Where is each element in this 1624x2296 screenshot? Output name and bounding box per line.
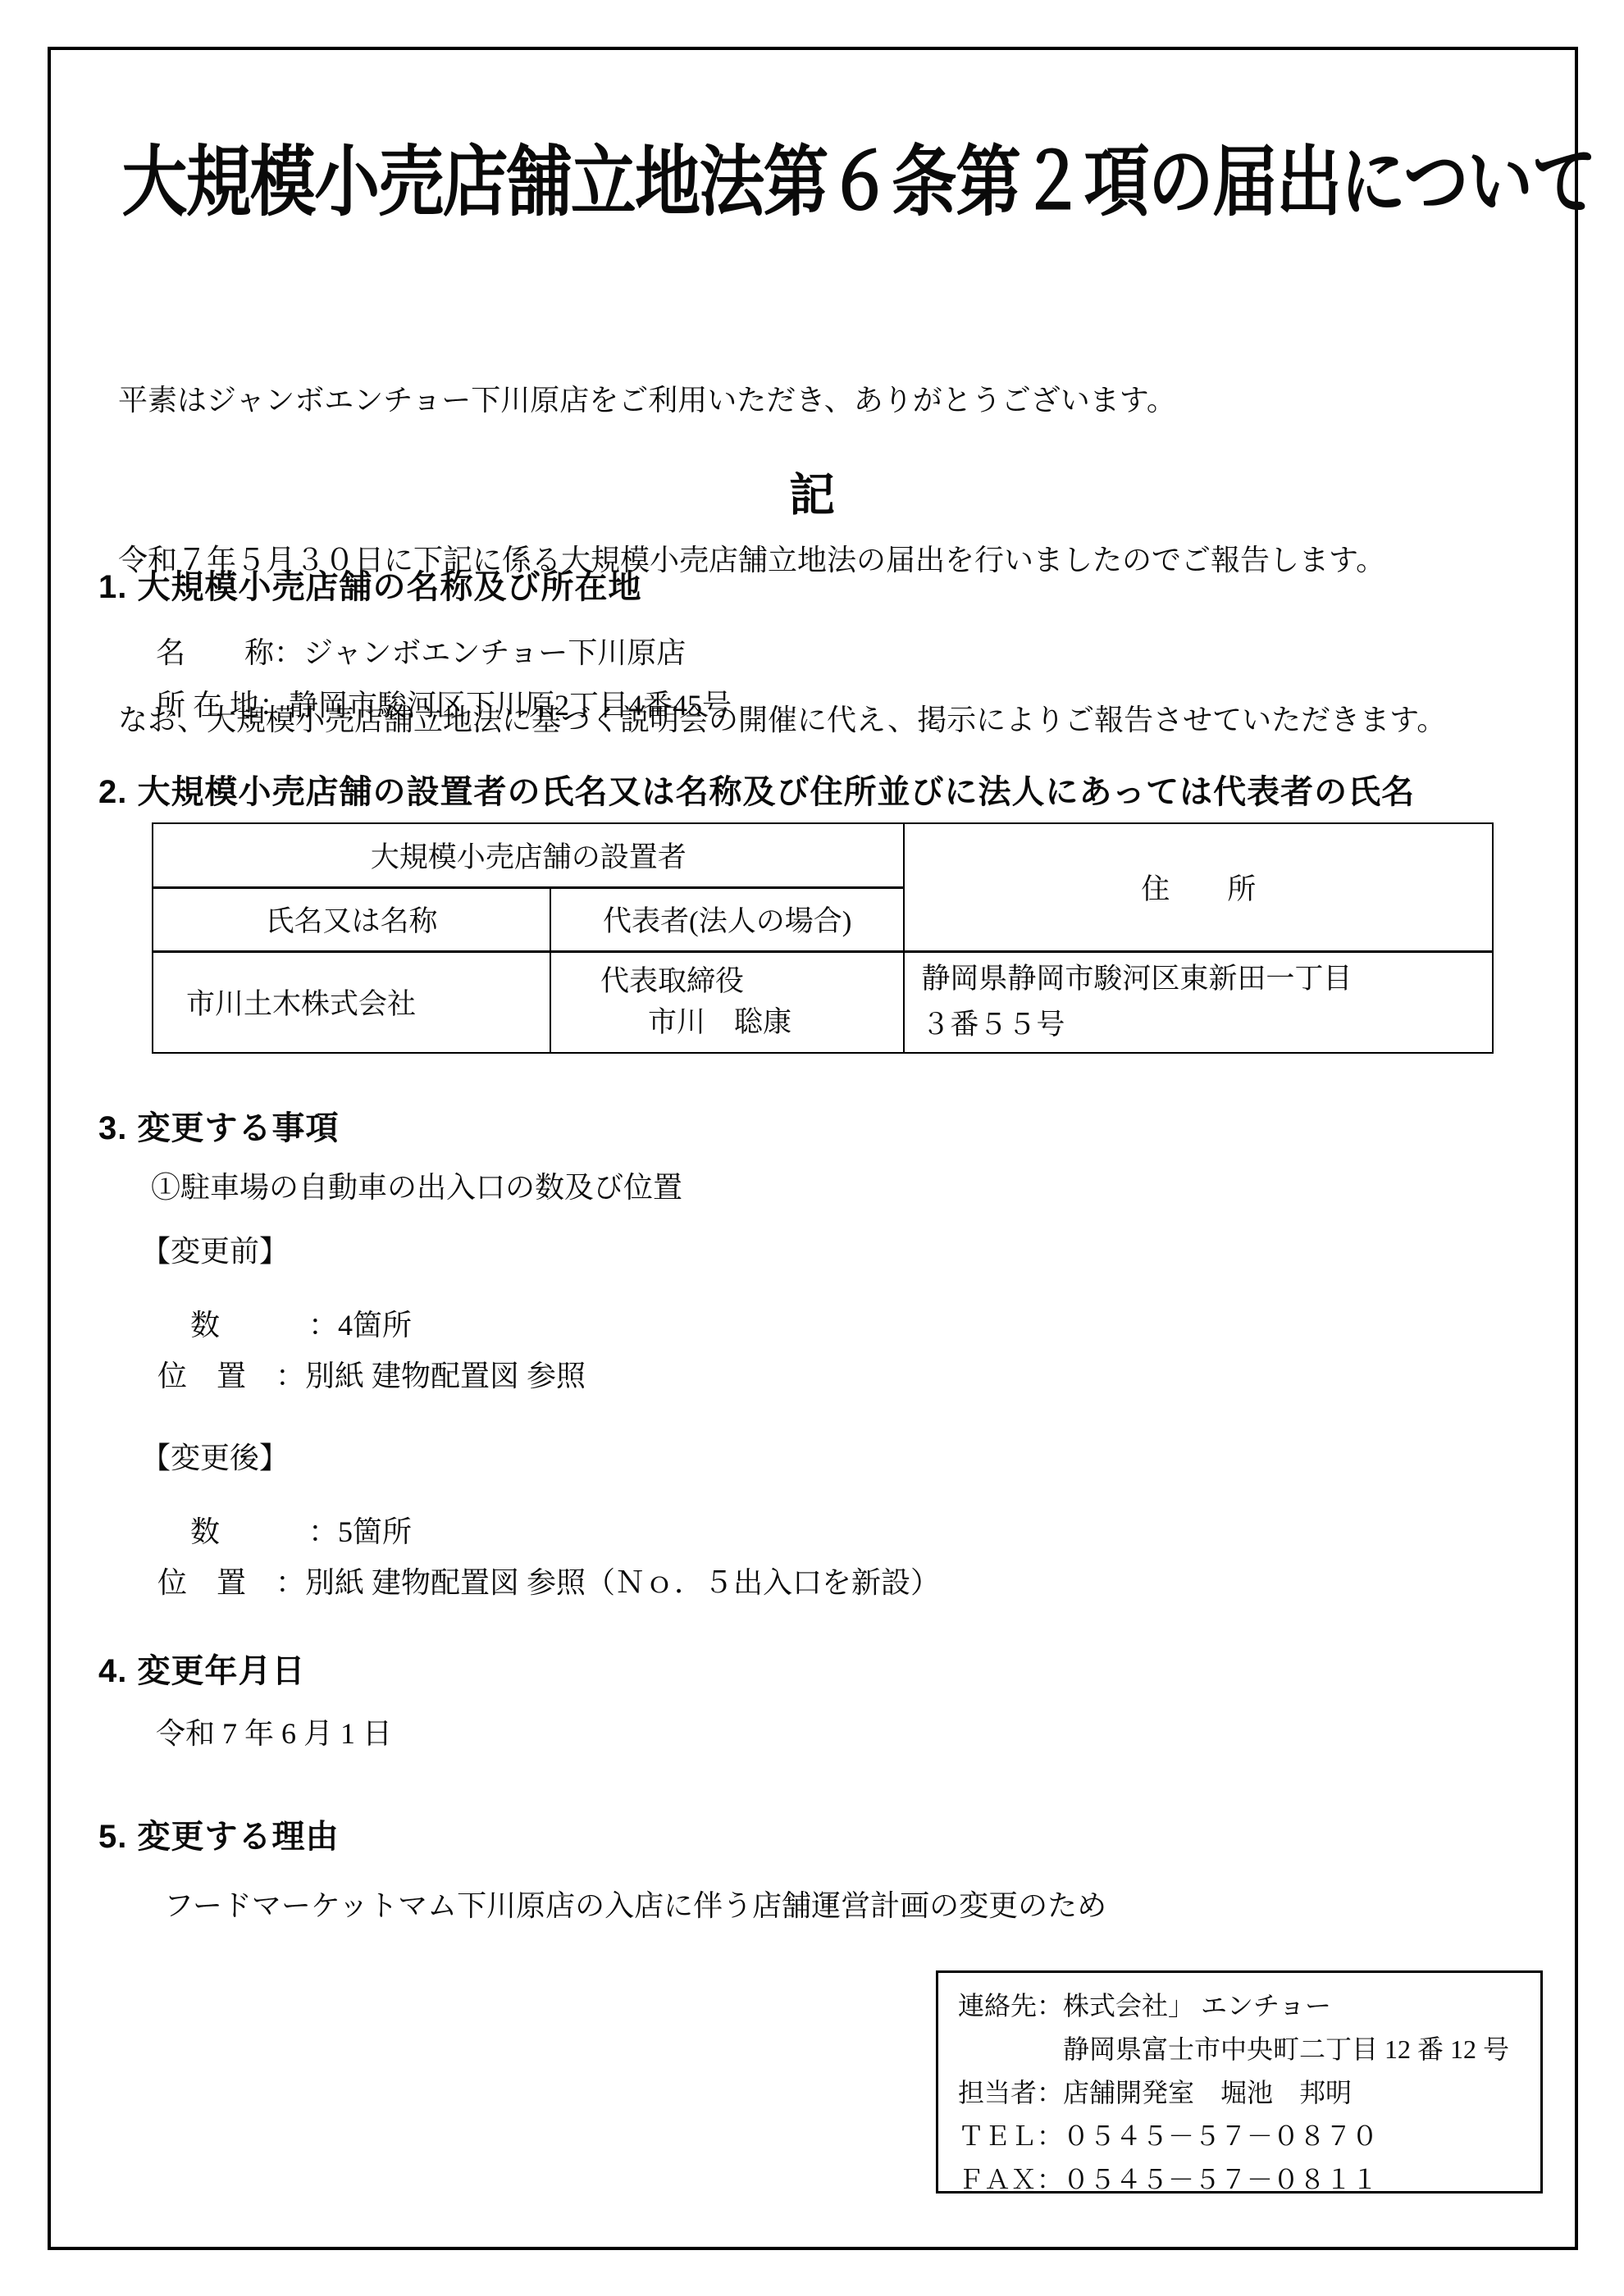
before-label: 【変更前】 [141,1228,289,1270]
section3-heading: 3. 変更する事項 [98,1102,339,1149]
notice-page: 大規模小売店舗立地法第６条第２項の届出について 平素はジャンボエンチョー下川原店… [0,0,1624,2296]
contact-line-tel: ＴＥＬ：０５４５－５７－０８７０ [958,2115,1540,2158]
section5-heading: 5. 変更する理由 [98,1811,339,1857]
change-date-line: 令和 7 年 6 月 1 日 [156,1711,392,1752]
change-item-line: ①駐車場の自動車の出入口の数及び位置 [151,1164,682,1206]
contact-line-person: 担当者：店舗開発室 堀池 邦明 [958,2071,1540,2115]
representative-cell: 代表取締役 市川 聡康 [550,951,904,1053]
representative-header-cell: 代表者(法人の場合) [550,887,904,951]
store-name-line: 名 称：ジャンボエンチョー下川原店 [156,630,686,672]
contact-line-company: 連絡先：株式会社」 エンチョー [958,1984,1540,2028]
company-name-cell: 市川土木株式会社 [153,951,550,1053]
installer-group-header-cell: 大規模小売店舗の設置者 [153,823,904,887]
installer-address-cell: 静岡県静岡市駿河区東新田一丁目 ３番５５号 [904,951,1493,1053]
after-count-line: 数 ：5箇所 [190,1509,412,1551]
before-position-line: 位 置 ：別紙 建物配置図 参照 [157,1353,586,1395]
after-label: 【変更後】 [141,1435,289,1477]
change-reason-line: フードマーケットマム下川原店の入店に伴う店舗運営計画の変更のため [164,1883,1106,1925]
store-address-line: 所 在 地：静岡市駿河区下川原2丁目4番45号 [156,682,732,724]
address-header-cell: 住 所 [904,823,1493,951]
installer-address-line-2: ３番５５号 [905,1002,1492,1048]
before-count-line: 数 ：4箇所 [190,1302,412,1344]
contact-line-fax: ＦＡＸ：０５４５－５７－０８１１ [958,2158,1540,2202]
contact-box: 連絡先：株式会社」 エンチョー 静岡県富士市中央町二丁目 12 番 12 号 担… [936,1970,1543,2193]
section2-heading: 2. 大規模小売店舗の設置者の氏名又は名称及び住所並びに法人にあっては代表者の氏… [98,766,1415,813]
section4-heading: 4. 変更年月日 [98,1645,305,1692]
contact-line-address: 静岡県富士市中央町二丁目 12 番 12 号 [958,2028,1540,2071]
ki-marker: 記 [0,459,1624,525]
after-position-line: 位 置 ：別紙 建物配置図 参照（Ｎｏ．５出入口を新設） [157,1560,940,1601]
representative-name: 市川 聡康 [551,1002,903,1043]
intro-line-1: 平素はジャンボエンチョー下川原店をご利用いただき、ありがとうございます。 [118,374,1537,427]
name-header-cell: 氏名又は名称 [153,887,550,951]
representative-title: 代表取締役 [551,961,903,1002]
section1-heading: 1. 大規模小売店舗の名称及び所在地 [98,561,641,608]
installer-table: 大規模小売店舗の設置者 住 所 氏名又は名称 代表者(法人の場合) 市川土木株式… [152,822,1494,1054]
page-title: 大規模小売店舗立地法第６条第２項の届出について [122,120,1503,230]
installer-address-line-1: 静岡県静岡市駿河区東新田一丁目 [905,956,1492,1002]
